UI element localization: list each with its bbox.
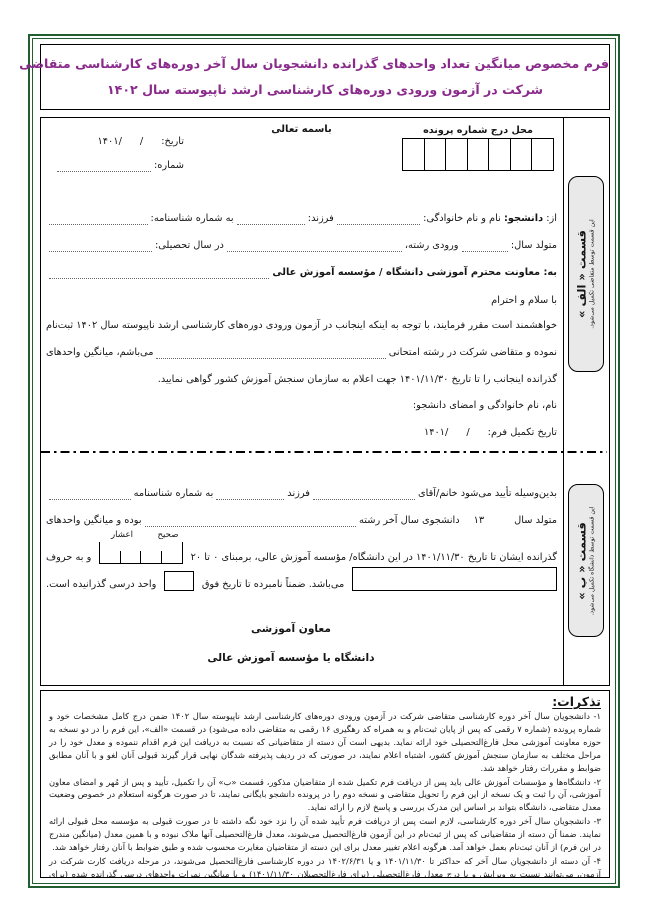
confirm-id-field[interactable] [49, 489, 131, 500]
completion-date-label: تاریخ تکمیل فرم: [488, 426, 557, 439]
passed-until-label: گذرانده ایشان تا تاریخ ۱۴۰۱/۱۱/۳۰ در این… [191, 551, 557, 564]
notes-box: تذکرات: ۱- دانشجویان سال آخر دوره کارشنا… [40, 690, 610, 878]
academic-year-label: در سال تحصیلی: [155, 239, 224, 252]
academic-year-field[interactable] [49, 241, 152, 252]
confirm-name-field[interactable] [313, 489, 415, 500]
request-line2-end: می‌باشم، میانگین واحدهای [46, 346, 153, 359]
entry-major-field[interactable] [227, 241, 402, 252]
birth-year-label: متولد سال: [511, 239, 557, 252]
completion-date-slash: / [466, 426, 469, 439]
request-line3: گذرانده اینجانب را تا تاریخ ۱۴۰۱/۱۱/۳۰ ج… [46, 373, 579, 386]
decimal-part-label: اعشار [99, 530, 145, 540]
letter-number-field[interactable] [57, 161, 151, 172]
grade-digit-cells[interactable] [99, 542, 183, 564]
from-label: از: [546, 212, 557, 225]
file-number-cell[interactable] [467, 139, 489, 170]
section-a-subtitle: این قسمت توسط متقاضی تکمیل می‌شود. [589, 179, 597, 369]
confirm-birth-row: متولد سال ۱۳ دانشجوی سال آخر رشته بوده و… [46, 514, 557, 527]
request-line1-text: خواهشمند است مقرر فرمایند، با توجه به ای… [46, 320, 557, 331]
file-number-cell[interactable] [488, 139, 510, 170]
dean-title: معاون آموزشی [141, 623, 441, 635]
section-a-title: قسمت « الف » [576, 179, 589, 369]
grade-box-labels: صحیح اعشار [99, 530, 191, 540]
request-line3-text: گذرانده اینجانب را تا تاریخ ۱۴۰۱/۱۱/۳۰ ج… [158, 373, 557, 386]
form-title-line1: فرم مخصوص میانگین تعداد واحدهای گذرانده … [41, 51, 609, 77]
notes-heading: تذکرات: [49, 694, 601, 709]
letter-number-row: شماره: [54, 159, 184, 172]
confirm-father-label: فرزند [287, 487, 310, 500]
file-number-cell[interactable] [510, 139, 532, 170]
grade-row: گذرانده ایشان تا تاریخ ۱۴۰۱/۱۱/۳۰ در این… [46, 542, 557, 564]
file-number-label: محل درج شماره پرونده [402, 125, 554, 136]
section-b-pill-text: قسمت « ب » این قسمت توسط دانشگاه تکمیل م… [576, 487, 597, 635]
exam-major-field[interactable] [156, 348, 385, 359]
father-name-field[interactable] [237, 214, 305, 225]
note-item-1: ۱- دانشجویان سال آخر دوره کارشناسی متقاض… [49, 710, 601, 775]
form-title-line2: شرکت در آزمون ورودی دوره‌های کارشناسی ار… [41, 77, 609, 103]
request-line1: خواهشمند است مقرر فرمایند، با توجه به ای… [46, 319, 557, 332]
addressee-row: به: معاونت محترم آموزشی دانشگاه / مؤسسه … [46, 266, 557, 279]
form-content: باسمه تعالی محل درج شماره پرونده تاریخ: … [41, 118, 562, 685]
dean-org: دانشگاه یا مؤسسه آموزش عالی [141, 652, 441, 664]
section-b-title: قسمت « ب » [576, 487, 589, 635]
in-words-label: و به حروف [46, 551, 91, 564]
entry-major-label: ورودی رشته، [405, 239, 459, 252]
birth-entry-row: متولد سال: ورودی رشته، در سال تحصیلی: [46, 239, 557, 252]
confirm-identity-row: بدین‌وسیله تأیید می‌شود خانم/آقای فرزند … [46, 487, 557, 500]
salutation-row: با سلام و احترام [46, 294, 579, 307]
section-b-pill: قسمت « ب » این قسمت توسط دانشگاه تکمیل م… [568, 484, 604, 637]
cut-line [41, 451, 607, 453]
birth-century-prefix: ۱۳ [474, 514, 485, 527]
units-count-field[interactable] [164, 571, 194, 591]
is-label: می‌باشد. ضمناً نامبرده تا تاریخ فوق [202, 578, 344, 591]
student-label: دانشجو: [504, 212, 543, 225]
confirm-id-label: به شماره شناسنامه [134, 487, 214, 500]
units-passed-label: واحد درسی گذرانیده است. [46, 578, 156, 591]
last-year-student-label: دانشجوی سال آخر رشته [359, 514, 460, 527]
confirm-father-field[interactable] [216, 489, 284, 500]
dean-signature-block: معاون آموزشی دانشگاه یا مؤسسه آموزش عالی [141, 623, 441, 681]
section-a-pill-text: قسمت « الف » این قسمت توسط متقاضی تکمیل … [576, 179, 597, 369]
being-average-label: بوده و میانگین واحدهای [46, 514, 142, 527]
student-signature-label: نام، نام خانوادگی و امضای دانشجو: [413, 399, 557, 412]
form-title-box: فرم مخصوص میانگین تعداد واحدهای گذرانده … [40, 44, 610, 110]
section-b-subtitle: این قسمت توسط دانشگاه تکمیل می‌شود. [589, 487, 597, 635]
main-form-box: قسمت « الف » این قسمت توسط متقاضی تکمیل … [40, 117, 610, 686]
integer-part-label: صحیح [145, 530, 191, 540]
file-number-cell[interactable] [424, 139, 446, 170]
id-number-field[interactable] [49, 214, 148, 225]
completion-date-year: ۱۴۰۱/ [424, 426, 448, 439]
file-number-cell[interactable] [445, 139, 467, 170]
file-number-cells[interactable] [402, 138, 554, 171]
date-label: تاریخ: [161, 135, 184, 148]
salutation-text: با سلام و احترام [491, 294, 557, 307]
confirm-major-field[interactable] [145, 516, 356, 527]
exam-major-label: نموده و متقاضی شرکت در رشته امتحانی [389, 346, 557, 359]
grade-words-row: می‌باشد. ضمناً نامبرده تا تاریخ فوق واحد… [46, 567, 557, 591]
note-item-3: ۳- دانشجویان سال آخر دوره کارشناسی، لازم… [49, 815, 601, 854]
date-row: تاریخ: / ۱۴۰۱/ [54, 135, 184, 148]
student-identity-row: از: دانشجو: نام و نام خانوادگی: فرزند: ب… [46, 212, 557, 225]
university-name-field[interactable] [49, 268, 269, 279]
grade-in-words-field[interactable] [352, 567, 557, 591]
birth-year-field[interactable] [462, 241, 508, 252]
student-signature-row: نام، نام خانوادگی و امضای دانشجو: [46, 399, 650, 412]
section-a-pill: قسمت « الف » این قسمت توسط متقاضی تکمیل … [568, 176, 604, 372]
date-slash: / [140, 135, 143, 148]
letter-number-label: شماره: [154, 159, 184, 172]
full-name-field[interactable] [337, 214, 420, 225]
note-item-4: ۴- آن دسته از دانشجویان سال آخر که حداکث… [49, 855, 601, 878]
completion-date-row: تاریخ تکمیل فرم: / ۱۴۰۱/ [46, 426, 650, 439]
request-line2: نموده و متقاضی شرکت در رشته امتحانی می‌ب… [46, 346, 557, 359]
confirm-birth-label: متولد سال [514, 514, 557, 527]
file-number-cell[interactable] [403, 139, 424, 170]
addressee-label: به: معاونت محترم آموزشی دانشگاه / مؤسسه … [272, 266, 557, 279]
full-name-label: نام و نام خانوادگی: [423, 212, 501, 225]
id-number-label: به شماره شناسنامه: [151, 212, 234, 225]
father-name-label: فرزند: [308, 212, 334, 225]
note-item-2: ۲- دانشگاه‌ها و مؤسسات آموزش عالی باید پ… [49, 776, 601, 815]
date-year: ۱۴۰۱/ [98, 135, 122, 148]
confirm-start-label: بدین‌وسیله تأیید می‌شود خانم/آقای [418, 487, 557, 500]
file-number-cell[interactable] [531, 139, 553, 170]
